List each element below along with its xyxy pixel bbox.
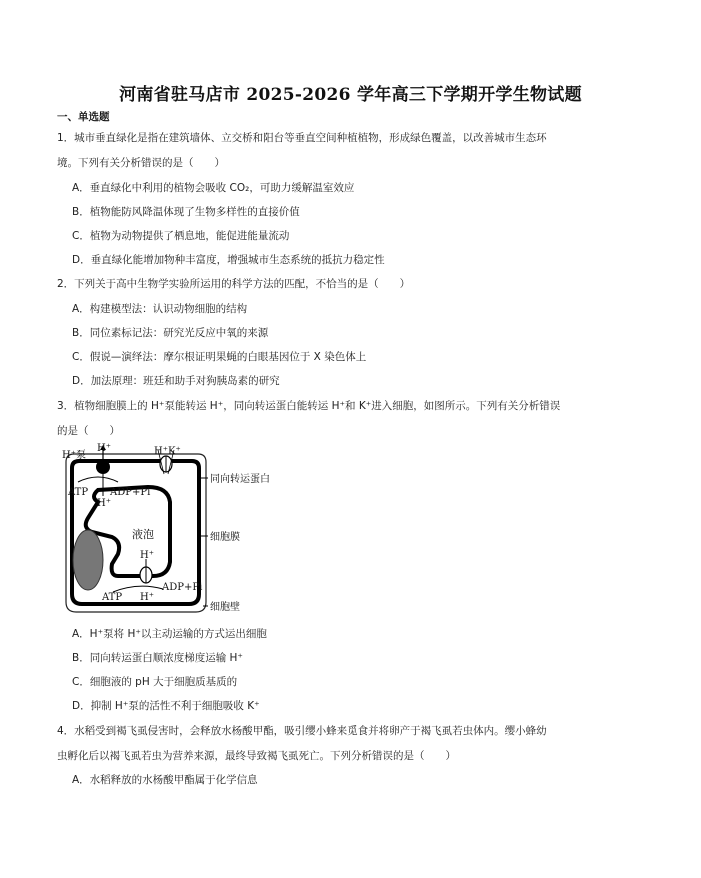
label-symporter: 同向转运蛋白	[210, 472, 270, 485]
q3-option-b: B．同向转运蛋白顺浓度梯度运输 H⁺	[72, 650, 243, 665]
q1-option-a: A．垂直绿化中利用的植物会吸收 CO₂，可助力缓解温室效应	[72, 180, 354, 195]
label-membrane: 细胞膜	[210, 530, 240, 543]
label-h-pump: H⁺泵	[62, 449, 86, 461]
svg-text:H⁺: H⁺	[97, 498, 111, 509]
svg-text:H⁺: H⁺	[97, 443, 111, 454]
q2-option-b: B．同位素标记法：研究光反应中氧的来源	[72, 325, 268, 340]
q3-option-c: C．细胞液的 pH 大于细胞质基质的	[72, 674, 237, 689]
svg-text:ATP: ATP	[101, 592, 122, 603]
svg-text:H⁺: H⁺	[154, 446, 168, 457]
label-wall: 细胞壁	[210, 600, 240, 613]
page-title: 河南省驻马店市 2025-2026 学年高三下学期开学生物试题	[0, 80, 701, 105]
q1-stem-line2: 境。下列有关分析错误的是（ ）	[57, 155, 225, 170]
chloroplast	[73, 530, 103, 590]
svg-text:ATP: ATP	[67, 487, 88, 498]
q1-stem-line1: 1．城市垂直绿化是指在建筑墙体、立交桥和阳台等垂直空间种植植物，形成绿色覆盖，以…	[57, 130, 547, 145]
q3-stem-line1: 3．植物细胞膜上的 H⁺泵能转运 H⁺，同向转运蛋白能转运 H⁺和 K⁺进入细胞…	[57, 398, 560, 413]
svg-text:ADP+Pi: ADP+Pi	[109, 487, 150, 498]
q3-stem-line2: 的是（ ）	[57, 423, 120, 438]
svg-text:ADP+Pi: ADP+Pi	[161, 582, 202, 593]
label-vacuole: 液泡	[132, 527, 154, 541]
q1-option-c: C．植物为动物提供了栖息地，能促进能量流动	[72, 228, 289, 243]
q2-stem-line1: 2．下列关于高中生物学实验所运用的科学方法的匹配，不恰当的是（ ）	[57, 276, 410, 291]
q2-option-a: A．构建模型法：认识动物细胞的结构	[72, 301, 247, 316]
section-heading: 一、单选题	[57, 109, 110, 124]
q4-option-a: A．水稻释放的水杨酸甲酯属于化学信息	[72, 772, 258, 787]
q4-stem-line2: 虫孵化后以褐飞虱若虫为营养来源，最终导致褐飞虱死亡。下列分析错误的是（ ）	[57, 748, 456, 763]
q3-option-a: A．H⁺泵将 H⁺以主动运输的方式运出细胞	[72, 626, 267, 641]
q2-option-d: D．加法原理：班廷和助手对狗胰岛素的研究	[72, 373, 280, 388]
cell-transport-figure: H⁺泵 H⁺ H⁺ ATP ADP+Pi H⁺ K⁺ 同向转运蛋白 液泡 细胞膜…	[58, 442, 298, 622]
q4-stem-line1: 4．水稻受到褐飞虱侵害时，会释放水杨酸甲酯，吸引缨小蜂来觅食并将卵产于褐飞虱若虫…	[57, 723, 547, 738]
q1-option-b: B．植物能防风降温体现了生物多样性的直接价值	[72, 204, 300, 219]
q2-option-c: C．假说—演绎法：摩尔根证明果蝇的白眼基因位于 X 染色体上	[72, 349, 366, 364]
q3-option-d: D．抑制 H⁺泵的活性不利于细胞吸收 K⁺	[72, 698, 260, 713]
svg-text:K⁺: K⁺	[168, 446, 181, 457]
svg-text:H⁺: H⁺	[140, 592, 154, 603]
q1-option-d: D．垂直绿化能增加物种丰富度，增强城市生态系统的抵抗力稳定性	[72, 252, 385, 267]
h-pump-icon	[96, 460, 110, 474]
svg-text:H⁺: H⁺	[140, 550, 154, 561]
